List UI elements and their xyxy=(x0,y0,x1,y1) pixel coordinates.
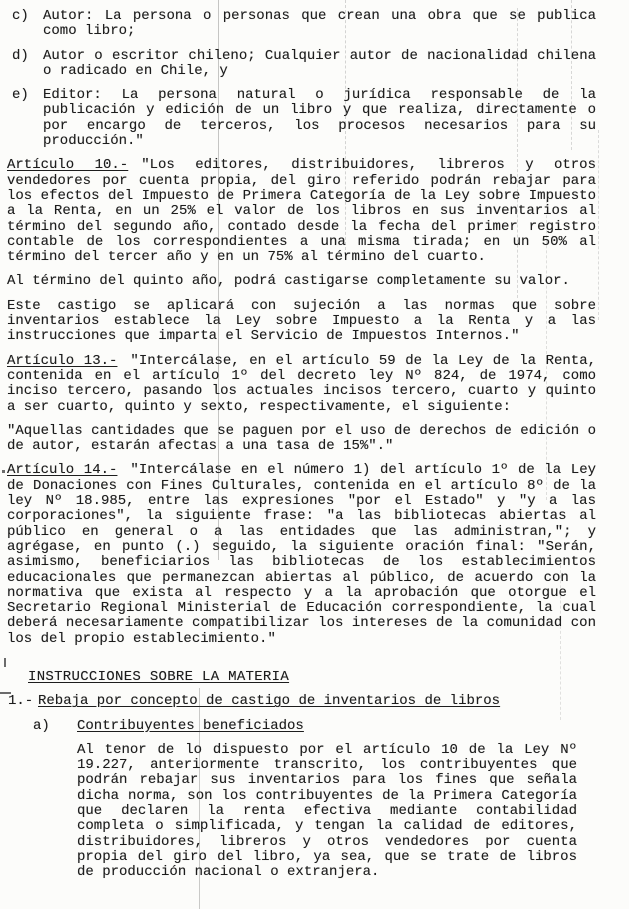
list-item-d: d) Autor o escritor chileno; Cualquier a… xyxy=(12,49,596,80)
paragraph-contribuyentes: Al tenor de lo dispuesto por el artículo… xyxy=(77,743,577,881)
scan-artifact-line xyxy=(571,0,572,150)
articulo-10-label: Artículo 10.- xyxy=(7,157,128,173)
scan-artifact-line xyxy=(598,130,599,320)
lettered-item-title: Contribuyentes beneficiados xyxy=(77,718,304,734)
list-item-text: Editor: La persona natural o jurídica re… xyxy=(43,88,596,149)
articulo-13-label: Artículo 13.- xyxy=(7,353,117,369)
paragraph-articulo-13: Artículo 13.-"Intercálase, en el artícul… xyxy=(7,354,596,415)
articulo-10-text: "Los editores, distribuidores, libreros … xyxy=(7,157,596,265)
list-item-label: d) xyxy=(12,49,43,80)
list-item-text: Autor o escritor chileno; Cualquier auto… xyxy=(43,49,596,80)
paragraph-quinto-ano: Al término del quinto año, podrá castiga… xyxy=(7,274,596,289)
lettered-item-letter: a) xyxy=(33,719,77,734)
scan-artifact-line xyxy=(218,0,219,560)
document-content: c) Autor: La persona o personas que crea… xyxy=(0,0,629,881)
list-item-label: c) xyxy=(12,9,43,40)
paragraph-articulo-14: Artículo 14.-"Intercálase en el número 1… xyxy=(7,463,596,647)
list-item-text: Autor: La persona o personas que crean u… xyxy=(43,9,596,40)
scan-artifact-line xyxy=(199,688,200,909)
articulo-14-text: "Intercálase en el número 1) del artícul… xyxy=(7,462,596,646)
paragraph-aquellas: "Aquellas cantidades que se paguen por e… xyxy=(7,424,596,455)
scan-artifact-line xyxy=(517,8,518,298)
scan-artifact-line xyxy=(560,560,561,720)
numbered-item-1: 1.-Rebaja por concepto de castigo de inv… xyxy=(8,694,629,709)
section-heading-instrucciones: INSTRUCCIONES SOBRE LA MATERIA xyxy=(28,670,629,685)
scanned-document-page: c) Autor: La persona o personas que crea… xyxy=(0,0,629,909)
numbered-item-title: Rebaja por concepto de castigo de invent… xyxy=(38,693,500,709)
numbered-item-number: 1.- xyxy=(8,694,38,709)
scan-mark xyxy=(2,470,5,473)
scan-mark xyxy=(4,658,6,667)
articulo-14-label: Artículo 14.- xyxy=(7,462,117,478)
paragraph-articulo-10: Artículo 10.-"Los editores, distribuidor… xyxy=(7,158,596,265)
scan-artifact-line xyxy=(546,200,547,500)
list-item-e: e) Editor: La persona natural o jurídica… xyxy=(12,88,596,149)
scan-mark xyxy=(0,692,11,694)
list-item-label: e) xyxy=(12,88,43,149)
scan-artifact-line xyxy=(345,0,346,250)
lettered-item-a: a)Contribuyentes beneficiados xyxy=(33,719,629,734)
paragraph-castigo: Este castigo se aplicará con sujeción a … xyxy=(7,299,596,345)
list-item-c: c) Autor: La persona o personas que crea… xyxy=(12,9,596,40)
